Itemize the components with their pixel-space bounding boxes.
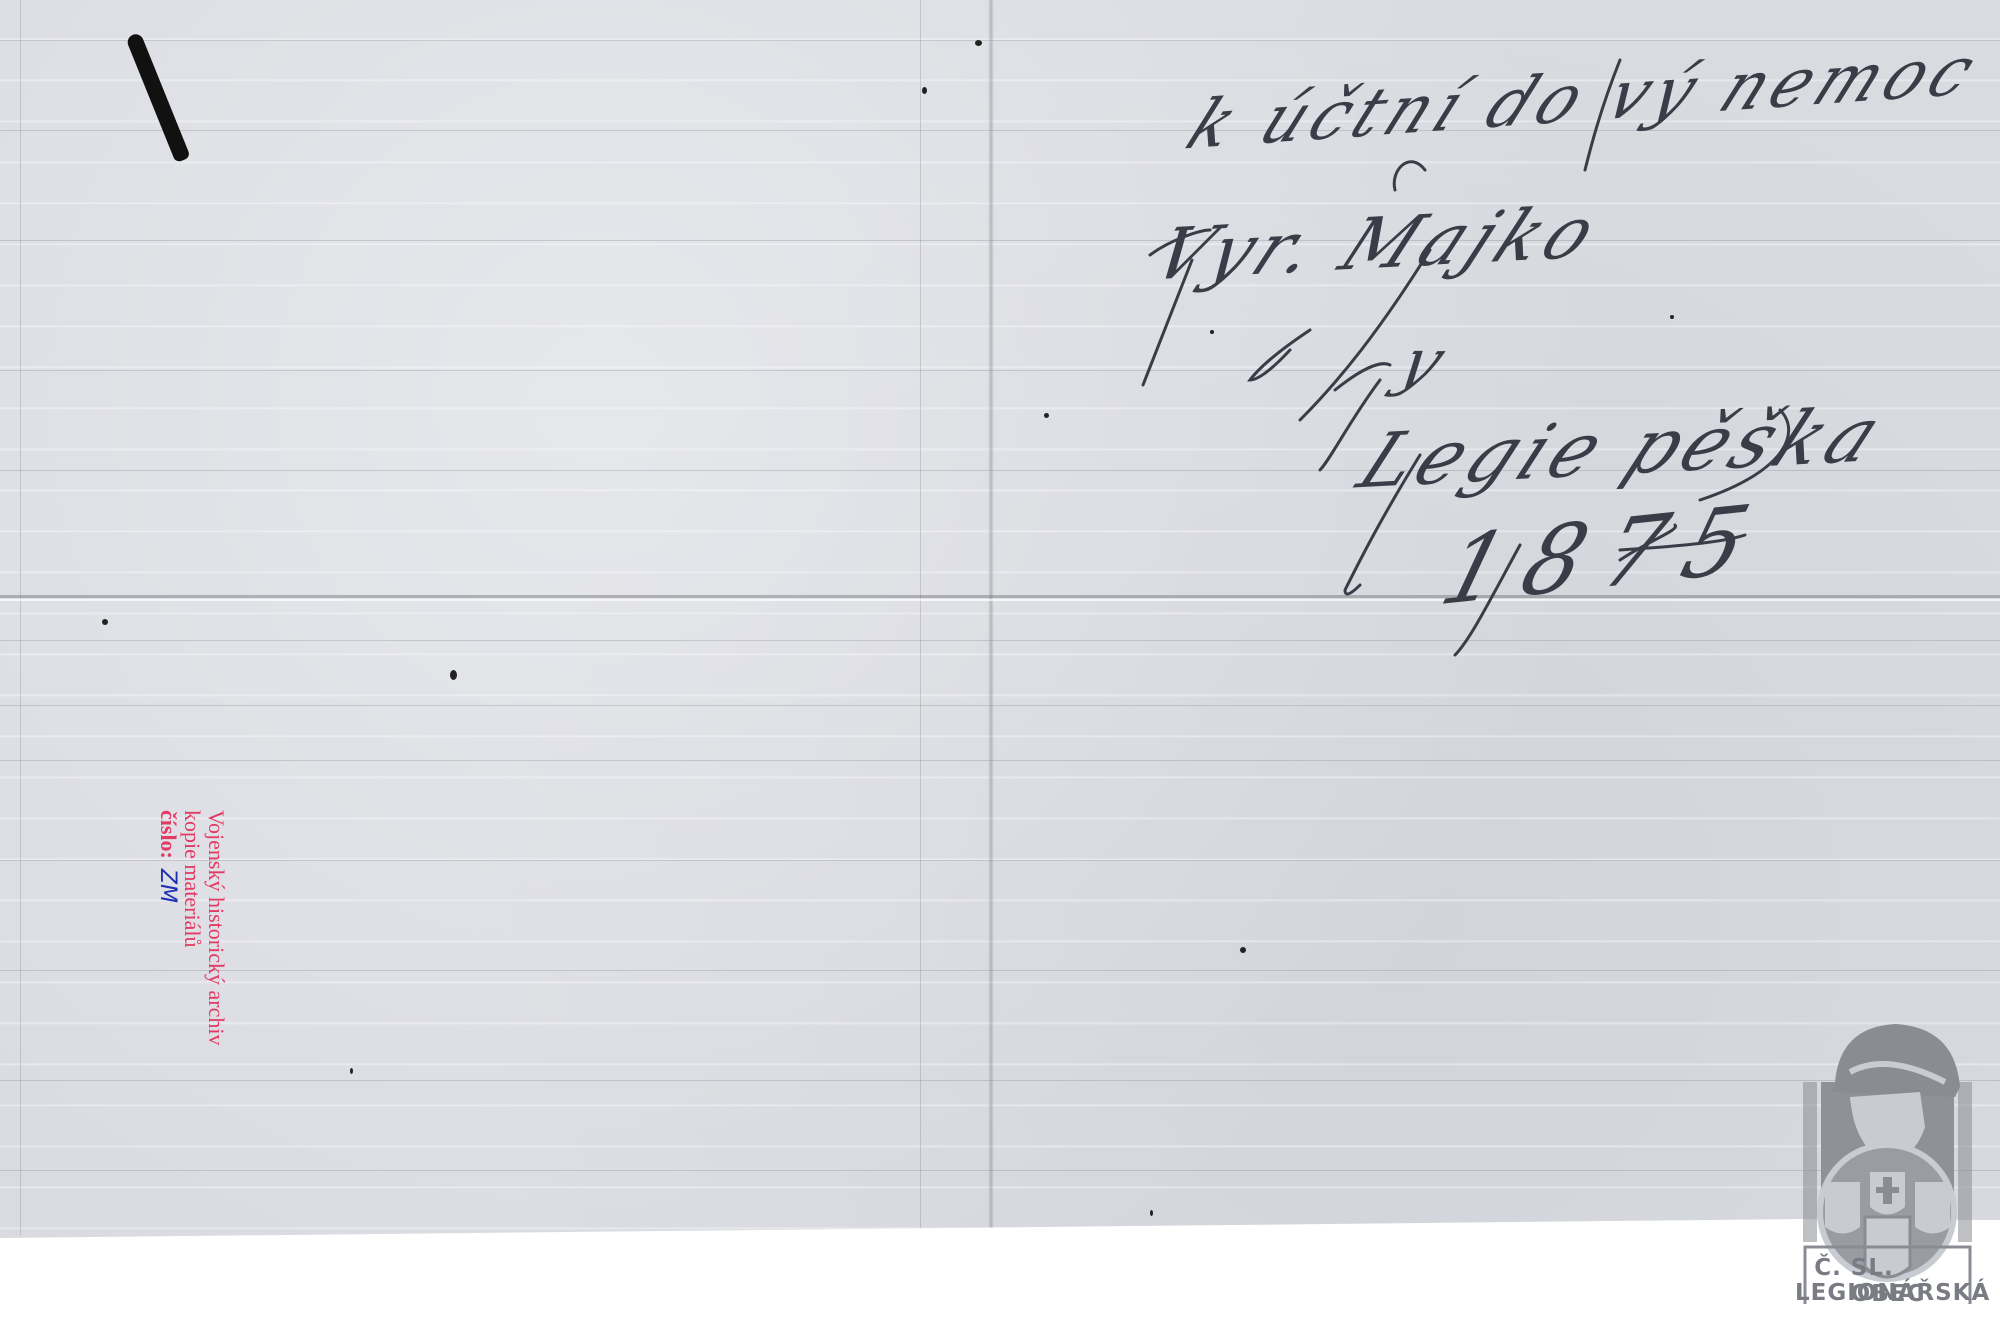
dust-speck [1210, 330, 1214, 334]
ruled-line [0, 1080, 2000, 1081]
dust-speck [350, 1068, 353, 1074]
dust-speck [922, 87, 927, 94]
dust-speck [975, 40, 982, 46]
ruled-line [0, 240, 2000, 241]
archive-stamp: Vojenský historický archiv kopie materiá… [118, 810, 228, 1130]
stamp-line-copy: kopie materiálů [180, 810, 204, 1140]
ruled-line [0, 370, 2000, 371]
scanned-paper-sheet [0, 0, 2000, 1326]
ruled-line [0, 970, 2000, 971]
stamp-handwritten-number: ZM [155, 869, 180, 903]
horizontal-fold-highlight [0, 599, 2000, 601]
logo-text-line-2: LEGIONÁŘSKÁ [1795, 1280, 1980, 1306]
stamp-number-label: číslo: [156, 810, 181, 859]
ruled-line [0, 40, 2000, 41]
vertical-fold-crease [988, 0, 994, 1235]
stamp-line-number: číslo:ZM [155, 810, 180, 1140]
dust-speck [450, 670, 457, 680]
dust-speck [102, 619, 108, 625]
ruled-line [0, 640, 2000, 641]
ruled-line [0, 130, 2000, 131]
dust-speck [1240, 947, 1246, 953]
dust-speck [1670, 315, 1674, 319]
ruled-line [0, 860, 2000, 861]
dust-speck [1044, 413, 1049, 418]
dust-speck [1150, 1210, 1153, 1216]
ruled-line [0, 705, 2000, 706]
ruled-line [0, 1170, 2000, 1171]
margin-line [920, 0, 921, 1235]
stamp-line-archive: Vojenský historický archiv [204, 810, 228, 1140]
logo-text-csl: Č. SL. [1814, 1255, 1894, 1281]
archive-stamp-content: Vojenský historický archiv kopie materiá… [118, 810, 228, 1140]
ruled-line [0, 760, 2000, 761]
margin-line [20, 0, 21, 1235]
legion-association-logo: Č. SL. OBEC LEGIONÁŘSKÁ [1795, 1012, 1980, 1304]
